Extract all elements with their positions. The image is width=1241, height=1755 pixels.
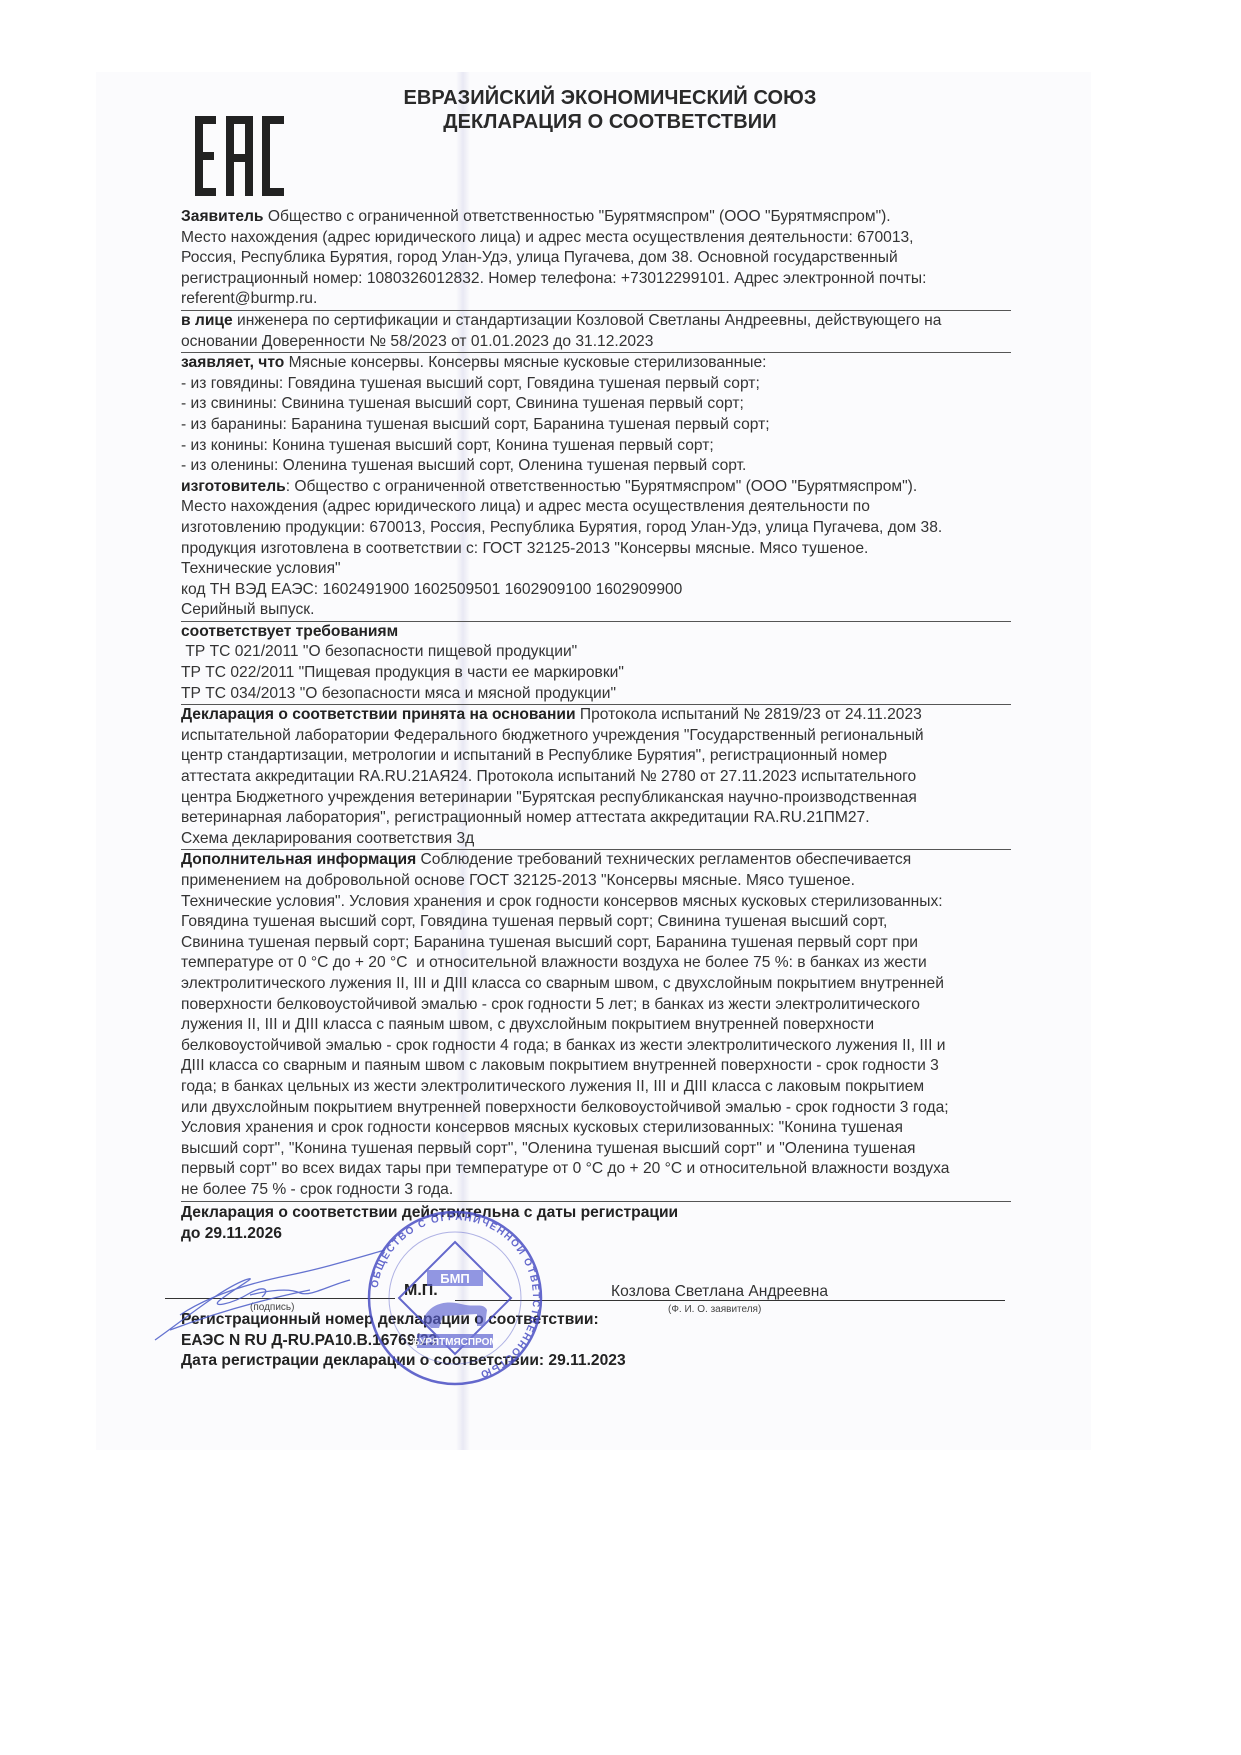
basis-line: аттестата аккредитации RA.RU.21АЯ24. Про… bbox=[181, 767, 1011, 788]
basis-line: центра Бюджетного учреждения ветеринарии… bbox=[181, 788, 1011, 809]
manufacturer-address: Место нахождения (адрес юридического лиц… bbox=[181, 497, 1011, 518]
manufacturer-name: : Общество с ограниченной ответственност… bbox=[286, 478, 917, 495]
manufacturer-address-2: изготовлению продукции: 670013, Россия, … bbox=[181, 518, 1011, 539]
additional-line: применением на добровольной основе ГОСТ … bbox=[181, 871, 1011, 892]
validity-text: Декларация о соответствии действительна … bbox=[181, 1202, 1011, 1223]
validity-date: до 29.11.2026 bbox=[181, 1223, 1011, 1244]
svg-text:БУРЯТМЯСПРОМ: БУРЯТМЯСПРОМ bbox=[412, 1337, 497, 1348]
svg-text:БМП: БМП bbox=[440, 1271, 470, 1286]
additional-line: температуре от 0 °С до + 20 °С и относит… bbox=[181, 953, 1011, 974]
manufacturer-label: изготовитель bbox=[181, 478, 286, 495]
additional-line: Технические условия". Условия хранения и… bbox=[181, 892, 1011, 913]
additional-line: лужения II, III и ДIII класса с паяным ш… bbox=[181, 1015, 1011, 1036]
declaration-scheme: Схема декларирования соответствия 3д bbox=[181, 829, 1011, 850]
representative-basis: основании Доверенности № 58/2023 от 01.0… bbox=[181, 332, 1011, 353]
applicant-label: Заявитель bbox=[181, 208, 264, 225]
representative-text: инженера по сертификации и стандартизаци… bbox=[233, 312, 942, 329]
applicant-address: Место нахождения (адрес юридического лиц… bbox=[181, 228, 1011, 249]
declaration-title: ДЕКЛАРАЦИЯ О СООТВЕТСТВИИ bbox=[340, 110, 880, 134]
basis-line: центр стандартизации, метрологии и испыт… bbox=[181, 746, 1011, 767]
additional-line: белковоустойчивой эмалью - срок годности… bbox=[181, 1036, 1011, 1057]
product-name: Мясные консервы. Консервы мясные кусковы… bbox=[284, 354, 766, 371]
document-header: ЕВРАЗИЙСКИЙ ЭКОНОМИЧЕСКИЙ СОЮЗ ДЕКЛАРАЦИ… bbox=[340, 86, 880, 134]
signer-name: Козлова Светлана Андреевна bbox=[611, 1283, 828, 1301]
product-item: - из конины: Конина тушеная высший сорт,… bbox=[181, 436, 1011, 457]
regulation-item: ТР ТС 022/2011 "Пищевая продукция в част… bbox=[181, 663, 1011, 684]
additional-line: не более 75 % - срок годности 3 года. bbox=[181, 1180, 1011, 1201]
applicant-email: referent@burmp.ru. bbox=[181, 289, 1011, 310]
additional-line: поверхности белковоустойчивой эмалью - с… bbox=[181, 995, 1011, 1016]
additional-line: высший сорт", "Конина тушеная первый сор… bbox=[181, 1139, 1011, 1160]
representative-section: в лице инженера по сертификации и станда… bbox=[181, 311, 1011, 353]
basis-label: Декларация о соответствии принята на осн… bbox=[181, 706, 576, 723]
handwritten-signature-icon bbox=[150, 1245, 390, 1345]
union-title: ЕВРАЗИЙСКИЙ ЭКОНОМИЧЕСКИЙ СОЮЗ bbox=[340, 86, 880, 110]
additional-info-section: Дополнительная информация Соблюдение тре… bbox=[181, 850, 1011, 1201]
manufacturer-standard-2: Технические условия" bbox=[181, 559, 1011, 580]
validity-section: Декларация о соответствии действительна … bbox=[181, 1202, 1011, 1244]
applicant-name: Общество с ограниченной ответственностью… bbox=[264, 208, 891, 225]
additional-line: Условия хранения и срок годности консерв… bbox=[181, 1118, 1011, 1139]
additional-line: года; в банках цельных из жести электрол… bbox=[181, 1077, 1011, 1098]
production-type: Серийный выпуск. bbox=[181, 600, 1011, 621]
product-item: - из оленины: Оленина тушеная высший сор… bbox=[181, 456, 1011, 477]
additional-line: первый сорт" во всех видах тары при темп… bbox=[181, 1159, 1011, 1180]
eac-logo-icon bbox=[195, 116, 285, 196]
additional-line: ДIII класса со сварным и паяным швом с л… bbox=[181, 1056, 1011, 1077]
company-stamp-icon: ОБЩЕСТВО С ОГРАНИЧЕННОЙ ОТВЕТСТВЕННОСТЬЮ… bbox=[365, 1208, 545, 1388]
basis-line: испытательной лаборатории Федерального б… bbox=[181, 726, 1011, 747]
additional-label: Дополнительная информация bbox=[181, 851, 416, 868]
additional-line: Говядина тушеная высший сорт, Говядина т… bbox=[181, 912, 1011, 933]
signer-caption: (Ф. И. О. заявителя) bbox=[668, 1304, 761, 1315]
basis-line: ветеринарная лаборатория", регистрационн… bbox=[181, 808, 1011, 829]
basis-protocol: Протокола испытаний № 2819/23 от 24.11.2… bbox=[576, 706, 922, 723]
product-item: - из говядины: Говядина тушеная высший с… bbox=[181, 374, 1011, 395]
representative-label: в лице bbox=[181, 312, 233, 329]
declaration-body: Заявитель Общество с ограниченной ответс… bbox=[181, 207, 1011, 1244]
additional-line: электролитического лужения II, III и ДII… bbox=[181, 974, 1011, 995]
declares-label: заявляет, что bbox=[181, 354, 284, 371]
additional-line: Свинина тушеная первый сорт; Баранина ту… bbox=[181, 933, 1011, 954]
hs-codes: код ТН ВЭД ЕАЭС: 1602491900 1602509501 1… bbox=[181, 580, 1011, 601]
regulation-item: ТР ТС 034/2013 "О безопасности мяса и мя… bbox=[181, 684, 1011, 705]
product-item: - из свинины: Свинина тушеная высший сор… bbox=[181, 394, 1011, 415]
regulation-item: ТР ТС 021/2011 "О безопасности пищевой п… bbox=[181, 642, 1011, 663]
product-section: заявляет, что Мясные консервы. Консервы … bbox=[181, 353, 1011, 622]
applicant-section: Заявитель Общество с ограниченной ответс… bbox=[181, 207, 1011, 311]
requirements-section: соответствует требованиям ТР ТС 021/2011… bbox=[181, 622, 1011, 705]
applicant-address-2: Россия, Республика Бурятия, город Улан-У… bbox=[181, 248, 1011, 269]
requirements-label: соответствует требованиям bbox=[181, 623, 398, 640]
manufacturer-standard: продукция изготовлена в соответствии с: … bbox=[181, 539, 1011, 560]
additional-line: или двухслойным покрытием внутренней пов… bbox=[181, 1098, 1011, 1119]
product-item: - из баранины: Баранина тушеная высший с… bbox=[181, 415, 1011, 436]
additional-text: Соблюдение требований технических реглам… bbox=[416, 851, 911, 868]
applicant-registration: регистрационный номер: 1080326012832. Но… bbox=[181, 269, 1011, 290]
basis-section: Декларация о соответствии принята на осн… bbox=[181, 705, 1011, 850]
